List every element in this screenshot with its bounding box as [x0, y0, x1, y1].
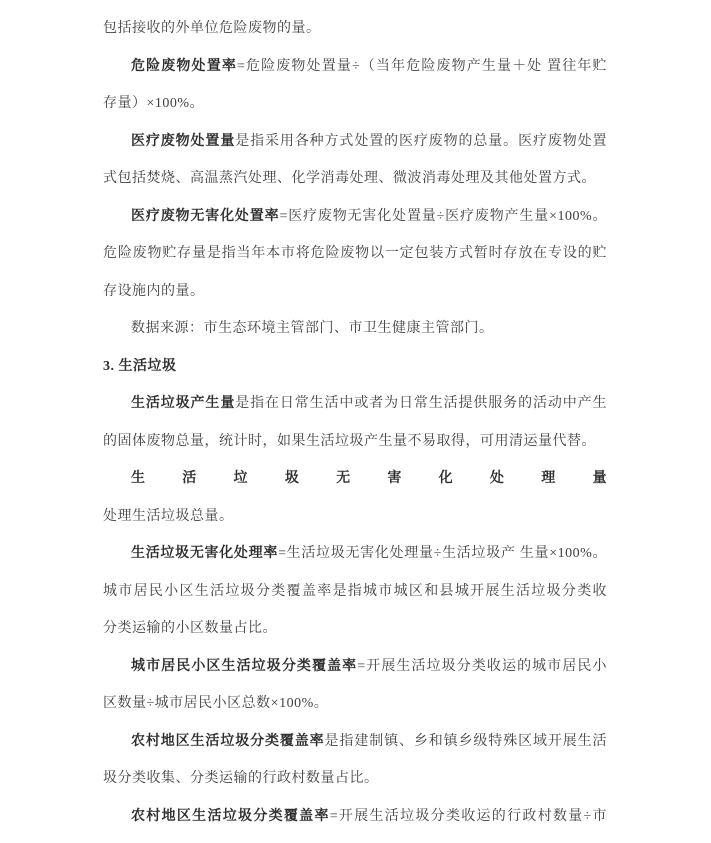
text-line: 生活垃圾产生量是指在日常生活中或者为日常生活提供服务的活动中产生	[103, 385, 607, 423]
text-line: 危险废物贮存量是指当年本市将危险废物以一定包装方式暂时存放在专设的贮	[103, 235, 607, 273]
body-text: 处理生活垃圾总量。	[103, 509, 234, 524]
text-line: 农村地区生活垃圾分类覆盖率是指建制镇、乡和镇乡级特殊区域开展生活垃	[103, 723, 607, 761]
text-line: 式包括焚烧、高温蒸汽处理、化学消毒处理、微波消毒处理及其他处置方式。	[103, 160, 607, 198]
body-text: =开展生活垃圾分类收运的行政村数量÷市	[330, 809, 607, 824]
body-text: 存量）×100%。	[103, 96, 204, 111]
text-line: 危险废物处置率=危险废物处置量÷（当年危险废物产生量＋处 置往年贮	[103, 48, 607, 86]
text-line: 医疗废物处置量是指采用各种方式处置的医疗废物的总量。医疗废物处置方	[103, 123, 607, 161]
text-line: 存量）×100%。	[103, 85, 607, 123]
term-bold: 医疗废物无害化处置率	[131, 209, 279, 224]
text-line: 农村地区生活垃圾分类覆盖率=开展生活垃圾分类收运的行政村数量÷市	[103, 798, 607, 836]
document-page: 包括接收的外单位危险废物的量。危险废物处置率=危险废物处置量÷（当年危险废物产生…	[0, 0, 711, 843]
term-bold: 医疗废物处置量	[131, 134, 235, 149]
text-line: 圾分类收集、分类运输的行政村数量占比。	[103, 760, 607, 798]
term-bold: 生活垃圾无害化处理量	[131, 471, 607, 486]
text-line: 生活垃圾无害化处理率=生活垃圾无害化处理量÷生活垃圾产 生量×100%。	[103, 535, 607, 573]
text-line: 存设施内的量。	[103, 273, 607, 311]
body-text: =开展生活垃圾分类收运的城市居民小	[357, 659, 607, 674]
body-text: 数据来源：市生态环境主管部门、市卫生健康主管部门。	[131, 321, 494, 336]
body-text: 包括接收的外单位危险废物的量。	[103, 21, 321, 36]
text-line: 区数量÷城市居民小区总数×100%。	[103, 685, 607, 723]
term-bold: 危险废物处置率	[131, 59, 237, 74]
body-text: 危险废物贮存量是指当年本市将危险废物以一定包装方式暂时存放在专设的贮	[103, 246, 607, 261]
body-text: 是指在日常生活中或者为日常生活提供服务的活动中产生	[235, 396, 607, 411]
body-text: =医疗废物无害化处置量÷医疗废物产生量×100%。	[279, 209, 607, 224]
text-line: 的固体废物总量，统计时，如果生活垃圾产生量不易取得，可用清运量代替。	[103, 423, 607, 461]
text-line: 分类运输的小区数量占比。	[103, 610, 607, 648]
text-line: 数据来源：市生态环境主管部门、市卫生健康主管部门。	[103, 310, 607, 348]
body-text: 城市居民小区生活垃圾分类覆盖率是指城市城区和县城开展生活垃圾分类收集、	[103, 584, 607, 611]
body-text: 存设施内的量。	[103, 284, 205, 299]
text-line: 医疗废物无害化处置率=医疗废物无害化处置量÷医疗废物产生量×100%。	[103, 198, 607, 236]
term-bold: 生活垃圾无害化处理率	[131, 546, 278, 561]
body-text: =生活垃圾无害化处理量÷生活垃圾产 生量×100%。	[278, 546, 607, 561]
term-bold: 农村地区生活垃圾分类覆盖率	[131, 734, 325, 749]
body-text: 分类运输的小区数量占比。	[103, 621, 277, 636]
term-bold: 城市居民小区生活垃圾分类覆盖率	[131, 659, 357, 674]
term-bold: 3. 生活垃圾	[103, 359, 177, 374]
body-text: 圾分类收集、分类运输的行政村数量占比。	[103, 771, 379, 786]
term-bold: 生活垃圾产生量	[131, 396, 235, 411]
body-text: 的固体废物总量，统计时，如果生活垃圾产生量不易取得，可用清运量代替。	[103, 434, 596, 449]
text-line: 包括接收的外单位危险废物的量。	[103, 10, 607, 48]
text-line: 处理生活垃圾总量。	[103, 498, 607, 536]
text-line: 城市居民小区生活垃圾分类覆盖率是指城市城区和县城开展生活垃圾分类收集、	[103, 573, 607, 611]
text-line: 生活垃圾无害化处理量是指简易处理场和各种生活垃圾无害化处理场（厂）	[103, 460, 607, 498]
text-line: 城市居民小区生活垃圾分类覆盖率=开展生活垃圾分类收运的城市居民小	[103, 648, 607, 686]
text-block: 包括接收的外单位危险废物的量。危险废物处置率=危险废物处置量÷（当年危险废物产生…	[103, 10, 607, 835]
body-text: =危险废物处置量÷（当年危险废物产生量＋处 置往年贮	[237, 59, 607, 74]
section-heading: 3. 生活垃圾	[103, 348, 607, 386]
term-bold: 农村地区生活垃圾分类覆盖率	[131, 809, 330, 824]
body-text: 区数量÷城市居民小区总数×100%。	[103, 696, 328, 711]
body-text: 式包括焚烧、高温蒸汽处理、化学消毒处理、微波消毒处理及其他处置方式。	[103, 171, 596, 186]
